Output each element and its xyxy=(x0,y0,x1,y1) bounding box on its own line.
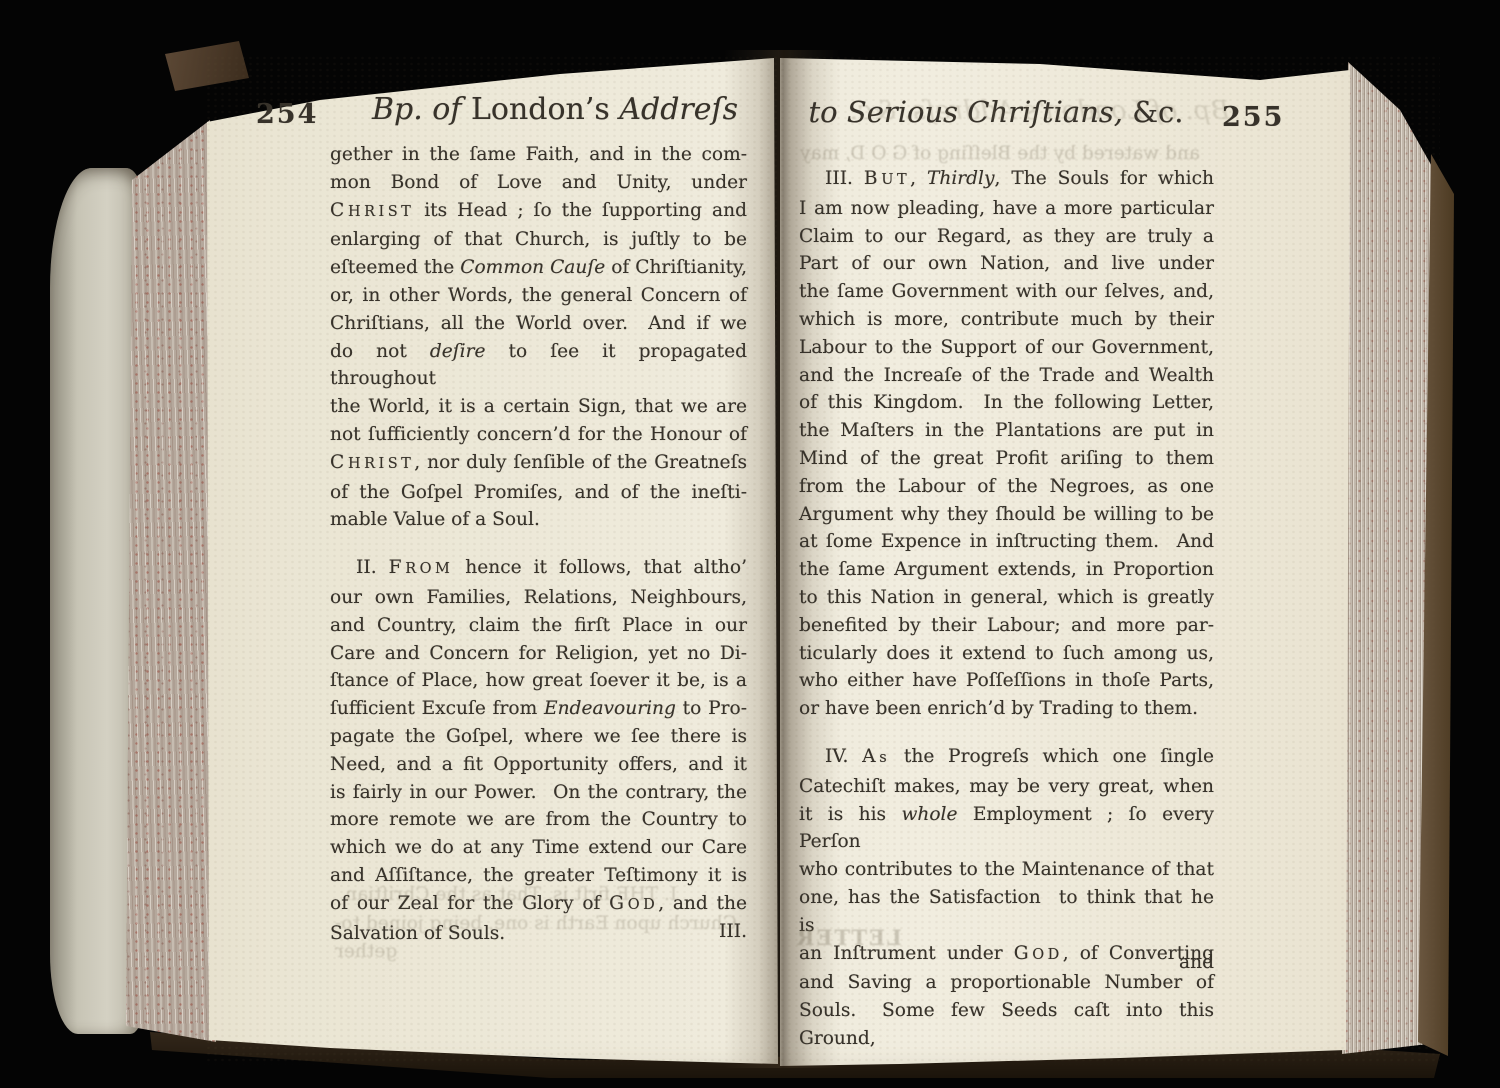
page-edges-left-speckled xyxy=(120,118,216,1046)
text-line: ſufficient Excuſe from Endeavouring to P… xyxy=(330,695,747,723)
text-line: IV. As the Progreſs which one ſingle xyxy=(799,743,1214,773)
ghost-text-left: gether xyxy=(335,941,397,962)
text-line: II. FROM hence it follows, that altho’ xyxy=(330,554,747,584)
catchword-right: and xyxy=(799,952,1214,973)
text-line: to this Nation in general, which is grea… xyxy=(799,584,1214,612)
text-line: is fairly in our Power. On the contrary,… xyxy=(330,779,747,807)
text-line: Chriſtians, all the World over. And if w… xyxy=(330,310,747,338)
text-line: mon Bond of Love and Unity, under xyxy=(330,169,747,197)
text-line: who either have Poſſeſſions in thoſe Par… xyxy=(799,667,1214,695)
text-line: pagate the Goſpel, where we ſee there is xyxy=(330,723,747,751)
text-line: do not deſire to ſee it propagated throu… xyxy=(330,338,747,394)
text-line: and Country, claim the firſt Place in ou… xyxy=(330,612,747,640)
text-block-left: gether in the ſame Faith, and in the com… xyxy=(330,141,747,947)
ghost-text-left: Church upon Earth is one, being joined t… xyxy=(335,913,737,934)
text-block-right: III. BUT, Thirdly, The Souls for whichI … xyxy=(799,165,1214,1053)
text-line: I am now pleading, have a more particula… xyxy=(799,195,1214,223)
text-line: of the Goſpel Promiſes, and of the ineſt… xyxy=(330,479,747,507)
ghost-text-right: Bp. of London’s Addreſs, &c. xyxy=(850,96,1230,126)
text-line: Argument why they ſhould be willing to b… xyxy=(799,501,1214,529)
page-number-right: 255 xyxy=(1222,102,1284,133)
text-line: mable Value of a Soul. xyxy=(330,506,747,534)
text-line: and Saving a proportionable Number of xyxy=(799,969,1214,997)
text-line: the World, it is a certain Sign, that we… xyxy=(330,393,747,421)
text-line: III. BUT, Thirdly, The Souls for which xyxy=(799,165,1214,195)
text-line: more remote we are from the Country to xyxy=(330,806,747,834)
text-line: who contributes to the Maintenance of th… xyxy=(799,856,1214,884)
text-line: or have been enrich’d by Trading to them… xyxy=(799,695,1214,723)
text-line: and the Increaſe of the Trade and Wealth xyxy=(799,362,1214,390)
text-line: CHRIST its Head ; ſo the ſupporting and xyxy=(330,197,747,227)
text-line: Care and Concern for Religion, yet no Di… xyxy=(330,640,747,668)
text-line: our own Families, Relations, Neighbours, xyxy=(330,584,747,612)
text-line: the ſame Government with our ſelves, and… xyxy=(799,278,1214,306)
text-line: enlarging of that Church, is juſtly to b… xyxy=(330,226,747,254)
text-line: not ſufficiently concern’d for the Honou… xyxy=(330,421,747,449)
text-line: which is more, contribute much by their xyxy=(799,306,1214,334)
text-line: Souls. Some few Seeds caſt into this Gro… xyxy=(799,997,1214,1053)
text-line: from the Labour of the Negroes, as one xyxy=(799,473,1214,501)
text-line: or, in other Words, the general Concern … xyxy=(330,282,747,310)
text-line: it is his whole Employment ; ſo every Pe… xyxy=(799,801,1214,857)
paragraph: IV. As the Progreſs which one ſingleCate… xyxy=(799,743,1214,1053)
page-number-left: 254 xyxy=(256,99,318,130)
text-line: the Maſters in the Plantations are put i… xyxy=(799,417,1214,445)
text-line: CHRIST, nor duly ſenſible of the Greatne… xyxy=(330,449,747,479)
text-line: Part of our own Nation, and live under xyxy=(799,250,1214,278)
text-line: which we do at any Time extend our Care xyxy=(330,834,747,862)
text-line: ſtance of Place, how great ſoever it be,… xyxy=(330,667,747,695)
text-line: Labour to the Support of our Government, xyxy=(799,334,1214,362)
text-line: eſteemed the Common Cauſe of Chriſtianit… xyxy=(330,254,747,282)
photo-background: { "book": { "left_page": { "page_number"… xyxy=(0,0,1500,1088)
paragraph: III. BUT, Thirdly, The Souls for whichI … xyxy=(799,165,1214,723)
text-line: Claim to our Regard, as they are truly a xyxy=(799,223,1214,251)
text-line: of this Kingdom. In the following Letter… xyxy=(799,389,1214,417)
ghost-text-right: and watered by the Bleſſing of G O D, ma… xyxy=(800,143,1200,164)
text-line: benefited by their Labour; and more par- xyxy=(799,612,1214,640)
text-line: the ſame Argument extends, in Proportion xyxy=(799,556,1214,584)
text-line: Need, and a fit Opportunity offers, and … xyxy=(330,751,747,779)
book-cover-corner-top-left xyxy=(163,39,251,93)
paragraph: gether in the ſame Faith, and in the com… xyxy=(330,141,747,534)
text-line: Mind of the great Profit ariſing to them xyxy=(799,445,1214,473)
running-header-left: Bp. of London’s Addreſs xyxy=(345,92,765,127)
text-line: Catechiſt makes, may be very great, when xyxy=(799,773,1214,801)
text-line: gether in the ſame Faith, and in the com… xyxy=(330,141,747,169)
text-line: at ſome Expence in inſtructing them. And xyxy=(799,528,1214,556)
ghost-text-right: LETTER xyxy=(795,925,902,950)
text-line: ticularly does it extend to ſuch among u… xyxy=(799,640,1214,668)
ghost-text-left: I. THE firſt is, That as the Chriſtian xyxy=(345,884,677,905)
